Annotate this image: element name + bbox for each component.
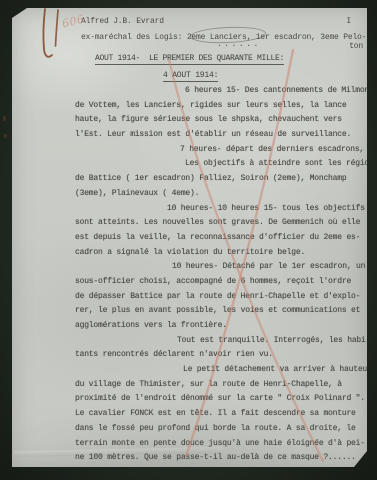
author-name: Alfred J.B. Evrard	[81, 17, 164, 26]
text-line: agglomérations vers la frontière.	[75, 319, 367, 334]
text-line: cadron a signalé la violation du territo…	[75, 246, 367, 261]
text-line: terrain monte en pente douce jusqu'à une…	[75, 437, 367, 452]
document-body: 6 heures 15- Des cantonnements de Milmon…	[75, 84, 367, 466]
text-line: 10 heures- Détaché par le 1er escadron, …	[75, 260, 367, 275]
text-line: du village de Thimister, sur la route de…	[75, 378, 367, 393]
text-line: Les objectifs à atteindre sont les régio…	[75, 157, 367, 172]
text-line: sont atteints. Les nouvelles sont graves…	[75, 216, 367, 231]
paragraph: 7 heures- départ des derniers escadrons,	[75, 143, 367, 158]
paragraph: 10 heures- Détaché par le 1er escadron, …	[75, 260, 367, 333]
text-line: de Vottem, les Lanciers, rigides sur leu…	[75, 99, 367, 114]
text-line: Tout est tranquille. Interrogés, les hab…	[75, 334, 367, 349]
text-line: dans le fossé peu profond qui borde la r…	[75, 422, 367, 437]
page-number: I	[346, 17, 351, 26]
paragraph: 6 heures 15- Des cantonnements de Milmon…	[75, 84, 367, 143]
ink-speck	[3, 116, 6, 121]
text-line: sous-officier choisi, accompagné de 6 ho…	[75, 275, 367, 290]
text-line: rer, le plus en avant possible, les voie…	[75, 304, 367, 319]
scan-background: Alfred J.B. Evrard I ex-maréchal des Log…	[0, 0, 377, 480]
text-line: 6 heures 15- Des cantonnements de Milmon…	[75, 84, 367, 99]
paragraph: 10 heures- 10 heures 15- tous les object…	[75, 202, 367, 261]
text-line: de dépasser Battice par la route de Henr…	[75, 290, 367, 305]
rank-line-overflow: ton	[349, 42, 363, 51]
document-title: AOUT 1914- LE PREMIER DES QUARANTE MILLE…	[95, 54, 284, 65]
ink-speck	[4, 134, 7, 138]
text-line: tants rencontrés déclarent n'avoir rien …	[75, 348, 367, 363]
text-line: Le petit détachement va arriver à hauteu…	[75, 363, 367, 378]
paragraph: Le petit détachement va arriver à hauteu…	[75, 363, 367, 466]
text-line: de Battice ( 1er escadron) Falliez, Soir…	[75, 172, 367, 187]
text-line: ne 100 mètres. Que se passe-t-il au-delà…	[75, 451, 367, 466]
text-line: (3eme), Plainevaux ( 4eme).	[75, 187, 367, 202]
text-line: est depuis la veille, la reconnaissance …	[75, 231, 367, 246]
paragraph: Tout est tranquille. Interrogés, les hab…	[75, 334, 367, 363]
text-line: 10 heures- 10 heures 15- tous les object…	[75, 202, 367, 217]
text-line: l'Est. Leur mission est d'établir un rés…	[75, 128, 367, 143]
text-line: Le cavalier FONCK est en tête. Il a fait…	[75, 407, 367, 422]
document-page: Alfred J.B. Evrard I ex-maréchal des Log…	[12, 8, 367, 467]
section-heading: 4 AOUT 1914:	[163, 71, 218, 82]
text-line: 7 heures- départ des derniers escadrons,	[75, 143, 367, 158]
paragraph: Les objectifs à atteindre sont les régio…	[75, 157, 367, 201]
header-row: Alfred J.B. Evrard I	[81, 17, 351, 26]
text-line: haute, la figure sérieuse sous le shpska…	[75, 113, 367, 128]
text-line: proximité de l'endroit dénommé sur la ca…	[75, 392, 367, 407]
